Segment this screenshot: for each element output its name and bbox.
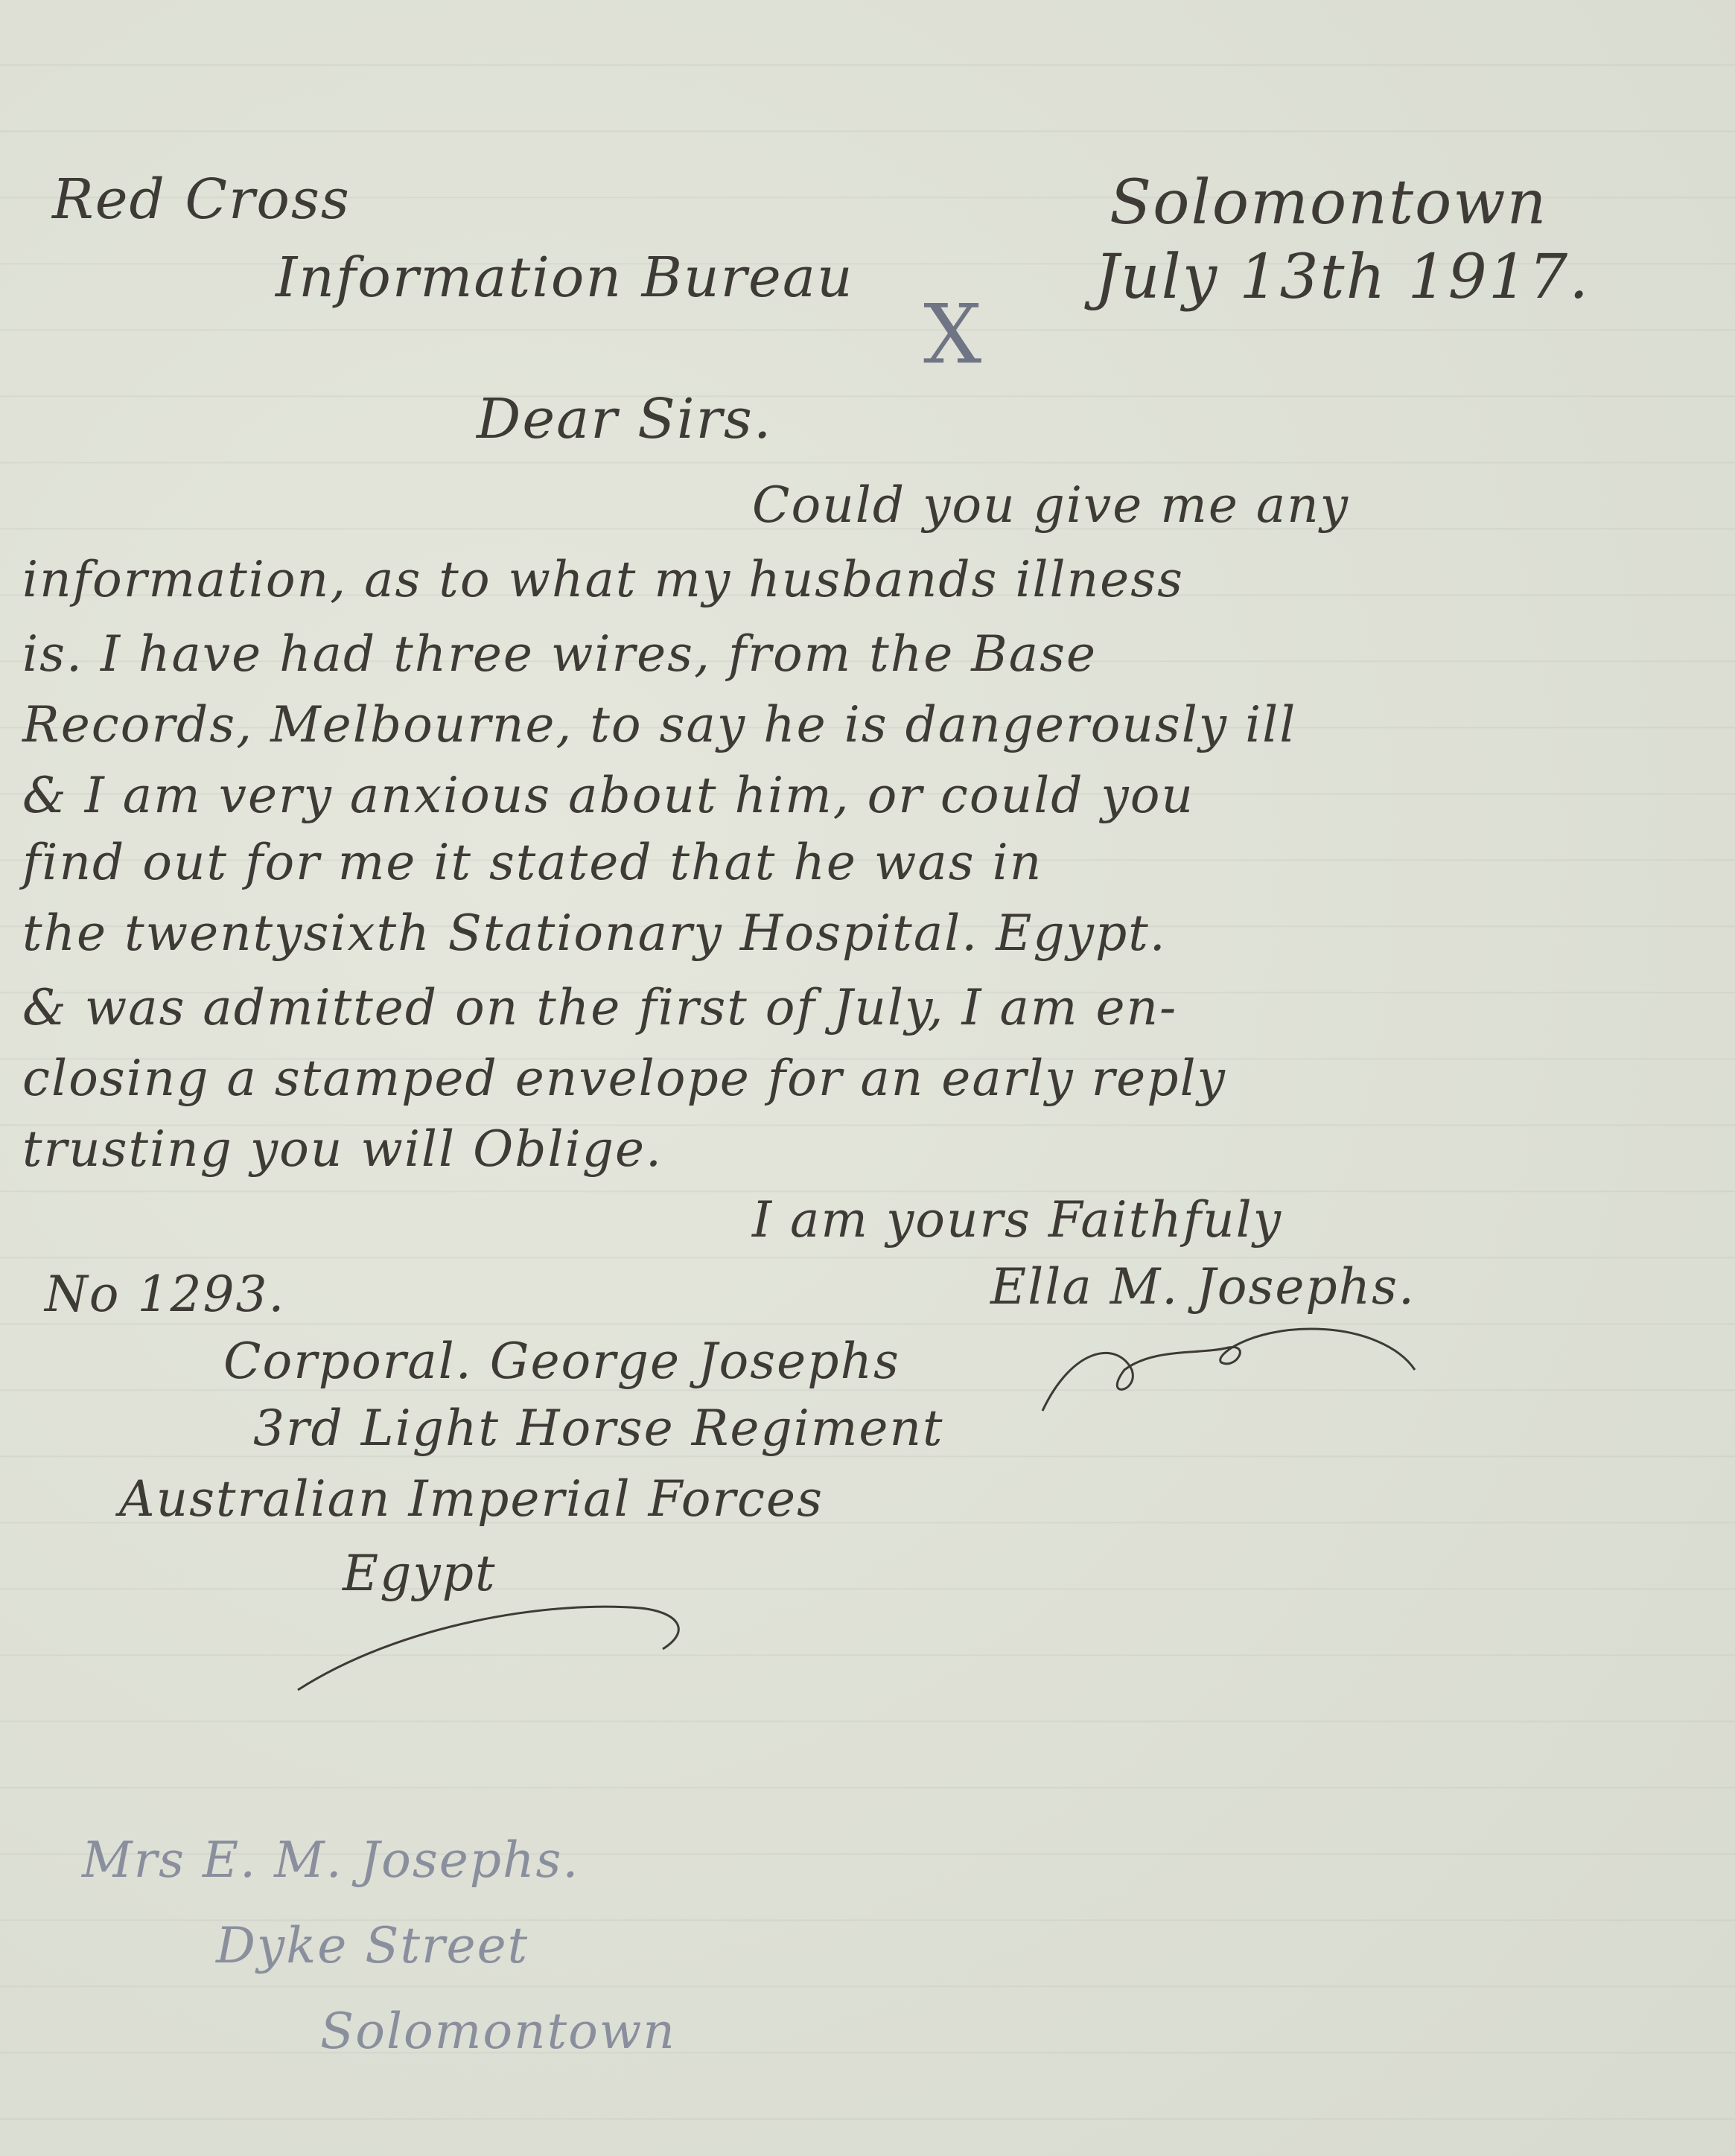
signature: Ella M. Josephs.: [990, 1258, 1416, 1315]
body-line: & I am very anxious about him, or could …: [22, 767, 1194, 824]
signature-flourish: [1028, 1325, 1579, 1422]
soldier-address-line: Australian Imperial Forces: [119, 1470, 824, 1528]
body-line: & was admitted on the first of July, I a…: [22, 979, 1177, 1036]
body-line: the twentysixth Stationary Hospital. Egy…: [22, 905, 1167, 962]
soldier-address-line: Corporal. George Josephs: [223, 1333, 900, 1390]
sender-address-line: Mrs E. M. Josephs.: [82, 1831, 579, 1889]
body-line: closing a stamped envelope for an early …: [22, 1050, 1226, 1107]
addressee-line-2: Information Bureau: [276, 246, 854, 310]
salutation: Dear Sirs.: [477, 387, 772, 451]
sender-address-line: Dyke Street: [216, 1917, 529, 1974]
body-line: find out for me it stated that he was in: [22, 834, 1042, 891]
addressee-line-1: Red Cross: [52, 168, 351, 232]
body-line: Records, Melbourne, to say he is dangero…: [22, 696, 1296, 753]
body-line: is. I have had three wires, from the Bas…: [22, 625, 1097, 683]
soldier-address-line: 3rd Light Horse Regiment: [253, 1400, 944, 1457]
sender-address-line: Solomontown: [320, 2003, 676, 2060]
body-line: Could you give me any: [752, 476, 1349, 534]
letter-place: Solomontown: [1110, 168, 1547, 238]
closing: I am yours Faithfuly: [752, 1191, 1282, 1248]
letter-date: July 13th 1917.: [1095, 242, 1590, 313]
body-line: information, as to what my husbands illn…: [22, 551, 1184, 608]
body-line: trusting you will Oblige.: [22, 1120, 663, 1178]
x-mark: X: [923, 287, 983, 382]
address-flourish: [290, 1593, 827, 1697]
service-number: No 1293.: [45, 1266, 285, 1323]
